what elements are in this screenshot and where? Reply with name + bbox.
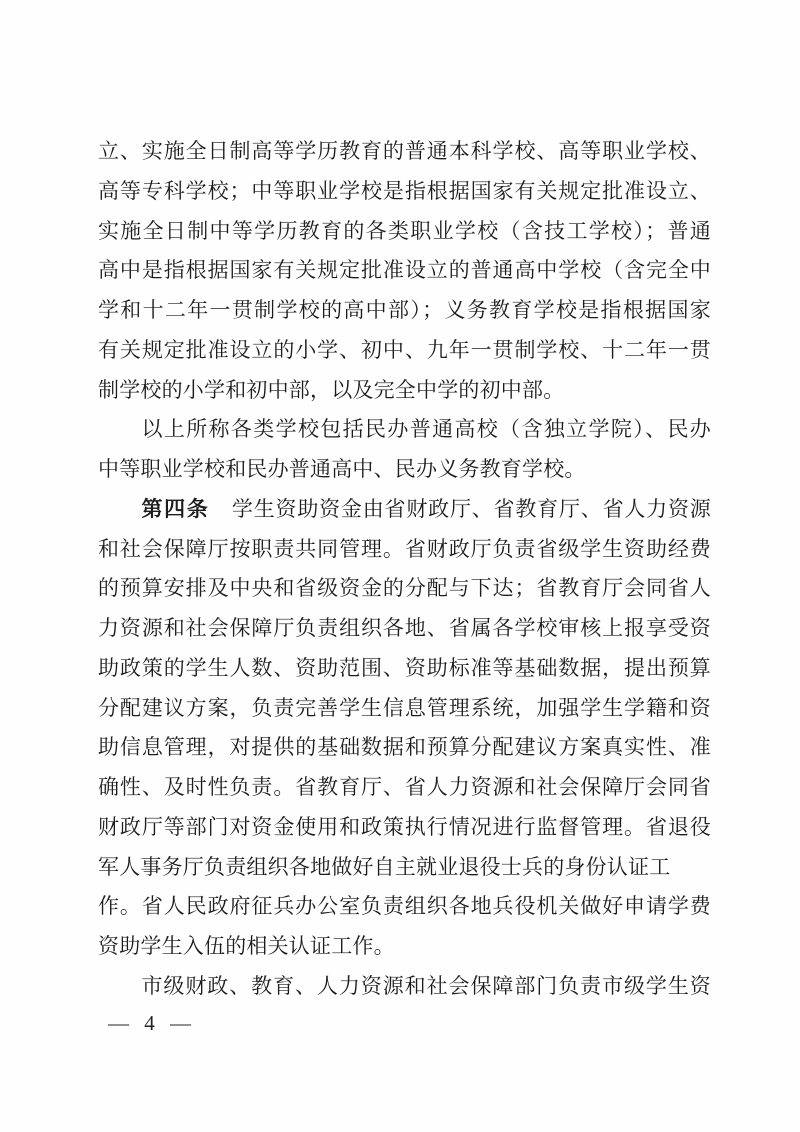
body-line: 的预算安排及中央和省级资金的分配与下达；省教育厅会同省人 <box>98 569 711 609</box>
page-number: — 4 — <box>108 1006 196 1040</box>
body-line: 力资源和社会保障厅负责组织各地、省属各学校审核上报享受资 <box>98 609 711 649</box>
body-line: 学和十二年一贯制学校的高中部）；义务教育学校是指根据国家 <box>98 291 711 331</box>
body-line: 有关规定批准设立的小学、初中、九年一贯制学校、十二年一贯 <box>98 331 711 371</box>
body-line: 作。省人民政府征兵办公室负责组织各地兵役机关做好申请学费 <box>98 887 711 927</box>
body-line: 高等专科学校；中等职业学校是指根据国家有关规定批准设立、 <box>98 172 711 212</box>
body-line: 高中是指根据国家有关规定批准设立的普通高中学校（含完全中 <box>98 251 711 291</box>
body-line: 财政厅等部门对资金使用和政策执行情况进行监督管理。省退役 <box>98 808 711 848</box>
body-line: 助信息管理，对提供的基础数据和预算分配建议方案真实性、准 <box>98 728 711 768</box>
body-line-paragraph-end: 资助学生入伍的相关认证工作。 <box>98 927 711 967</box>
body-line: 实施全日制中等学历教育的各类职业学校（含技工学校）；普通 <box>98 212 711 252</box>
body-line: 确性、及时性负责。省教育厅、省人力资源和社会保障厅会同省 <box>98 768 711 808</box>
article-4-first-line-text: 学生资助资金由省财政厅、省教育厅、省人力资源 <box>231 497 711 521</box>
document-body: 立、实施全日制高等学历教育的普通本科学校、高等职业学校、 高等专科学校；中等职业… <box>98 132 711 1007</box>
body-line: 立、实施全日制高等学历教育的普通本科学校、高等职业学校、 <box>98 132 711 172</box>
body-line-article-4-start: 第四条学生资助资金由省财政厅、省教育厅、省人力资源 <box>98 490 711 530</box>
body-line: 助政策的学生人数、资助范围、资助标准等基础数据，提出预算 <box>98 649 711 689</box>
body-line-paragraph-start: 市级财政、教育、人力资源和社会保障部门负责市级学生资 <box>98 967 711 1007</box>
scanned-document-page: 立、实施全日制高等学历教育的普通本科学校、高等职业学校、 高等专科学校；中等职业… <box>0 0 800 1132</box>
body-line-paragraph-start: 以上所称各类学校包括民办普通高校（含独立学院）、民办 <box>98 410 711 450</box>
body-line: 军人事务厅负责组织各地做好自主就业退役士兵的身份认证工 <box>98 848 711 888</box>
body-line: 和社会保障厅按职责共同管理。省财政厅负责省级学生资助经费 <box>98 530 711 570</box>
body-line-paragraph-end: 中等职业学校和民办普通高中、民办义务教育学校。 <box>98 450 711 490</box>
article-4-number-label: 第四条 <box>142 498 210 521</box>
article-label-gap <box>209 515 231 516</box>
body-line: 分配建议方案，负责完善学生信息管理系统，加强学生学籍和资 <box>98 689 711 729</box>
body-line-paragraph-end: 制学校的小学和初中部，以及完全中学的初中部。 <box>98 371 711 411</box>
